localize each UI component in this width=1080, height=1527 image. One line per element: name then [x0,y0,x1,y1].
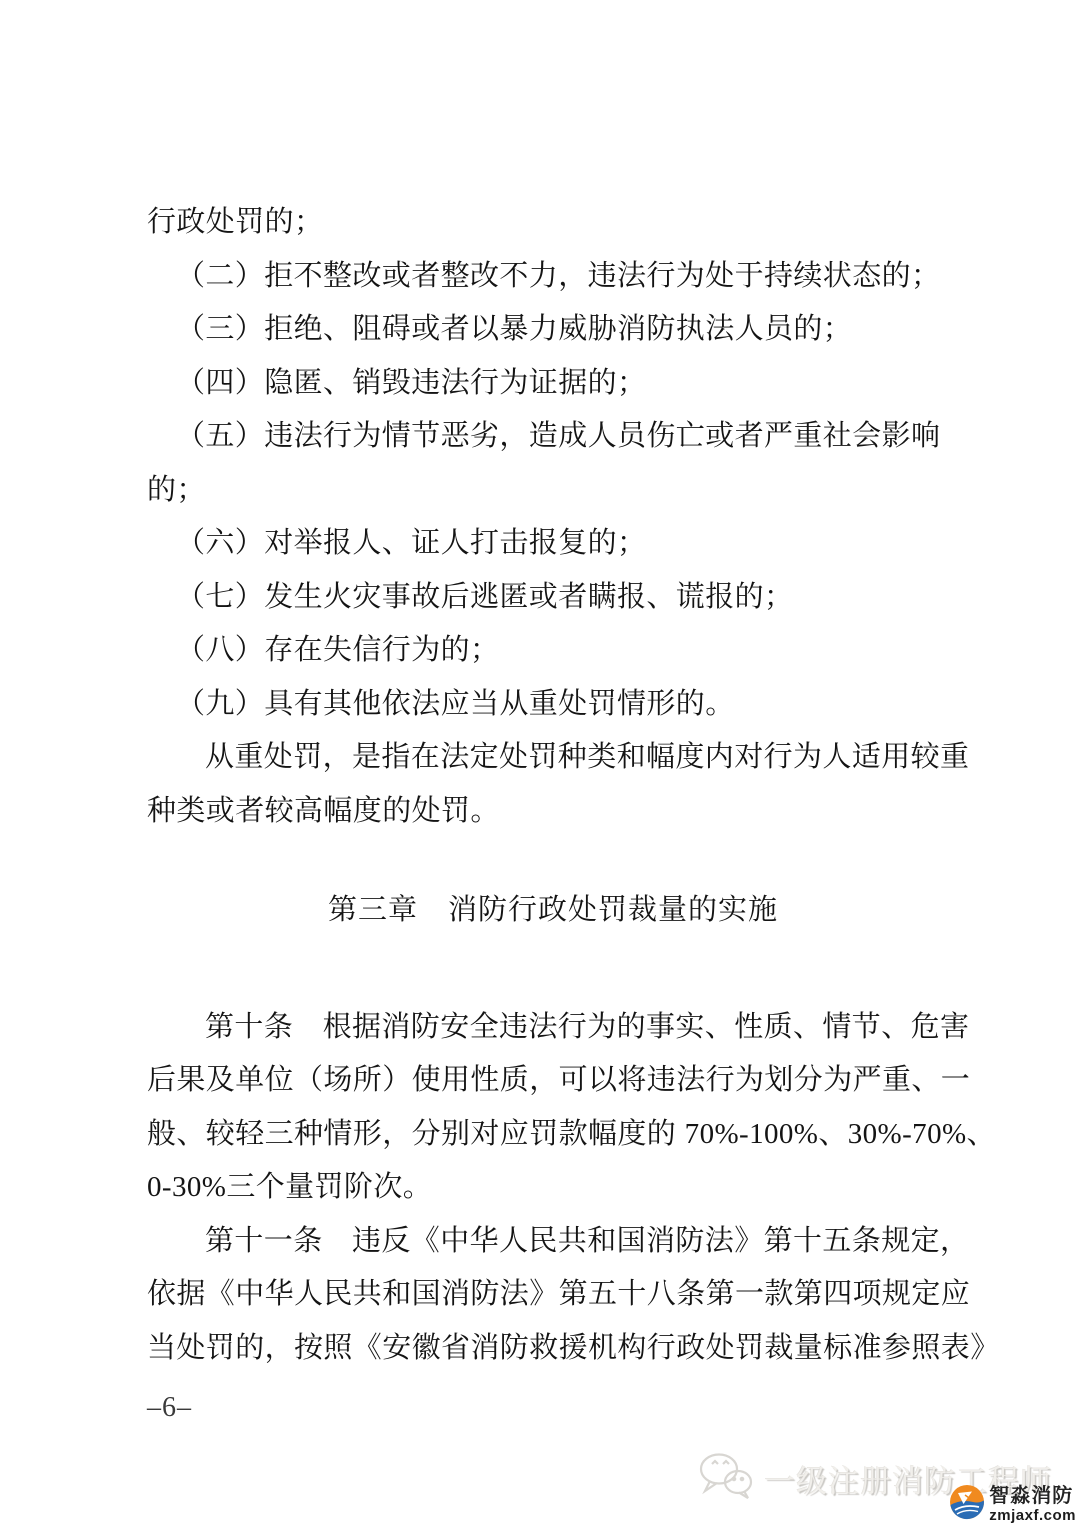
section-line-text: 、 [967,1118,996,1150]
section-line: 第十条 根据消防安全违法行为的事实、性质、情节、危害 [147,1001,959,1055]
body-line: 从重处罚，是指在法定处罚种类和幅度内对行为人适用较重 [147,731,959,785]
percentage-range: 0-30% [147,1171,226,1203]
zhimiao-logo-icon [949,1484,985,1525]
percentage-range: 70%-100% [685,1118,819,1150]
section-line-text: 三个量罚阶次。 [226,1171,432,1203]
document-body: 行政处罚的； （二）拒不整改或者整改不力，违法行为处于持续状态的； （三）拒绝、… [147,196,959,1375]
section-line: 当处罚的，按照《安徽省消防救援机构行政处罚裁量标准参照表》 [147,1322,959,1376]
body-line: （五）违法行为情节恶劣，造成人员伤亡或者严重社会影响 [147,410,959,464]
section-line: 后果及单位（场所）使用性质，可以将违法行为划分为严重、一 [147,1054,959,1108]
section-line-text: 、 [818,1118,847,1150]
body-line: 的； [147,464,959,518]
body-line: （二）拒不整改或者整改不力，违法行为处于持续状态的； [147,250,959,304]
brand-text: 智淼消防 zmjaxf.com [989,1486,1076,1523]
body-line: （四）隐匿、销毁违法行为证据的； [147,357,959,411]
section-line: 第十一条 违反《中华人民共和国消防法》第十五条规定， [147,1215,959,1269]
section-line: 般、较轻三种情形，分别对应罚款幅度的 70%-100%、30%-70%、 [147,1108,959,1162]
section-line: 0-30%三个量罚阶次。 [147,1161,959,1215]
body-line: （九）具有其他依法应当从重处罚情形的。 [147,678,959,732]
body-line: （六）对举报人、证人打击报复的； [147,517,959,571]
chapter-heading: 第三章 消防行政处罚裁量的实施 [147,884,959,938]
brand-name: 智淼消防 [989,1486,1076,1506]
page-number: –6– [147,1392,192,1424]
body-line: 行政处罚的； [147,196,959,250]
body-line: 种类或者较高幅度的处罚。 [147,785,959,839]
section-line-text: 般、较轻三种情形，分别对应罚款幅度的 [147,1118,685,1150]
body-line: （七）发生火灾事故后逃匿或者瞒报、谎报的； [147,571,959,625]
brand-logo: 智淼消防 zmjaxf.com [949,1484,1076,1525]
wechat-icon [698,1450,754,1507]
section-line: 依据《中华人民共和国消防法》第五十八条第一款第四项规定应 [147,1268,959,1322]
body-line: （三）拒绝、阻碍或者以暴力威胁消防执法人员的； [147,303,959,357]
document-page: 行政处罚的； （二）拒不整改或者整改不力，违法行为处于持续状态的； （三）拒绝、… [0,0,1080,1527]
percentage-range: 30%-70% [848,1118,967,1150]
body-line: （八）存在失信行为的； [147,624,959,678]
brand-url: zmjaxf.com [989,1508,1076,1523]
